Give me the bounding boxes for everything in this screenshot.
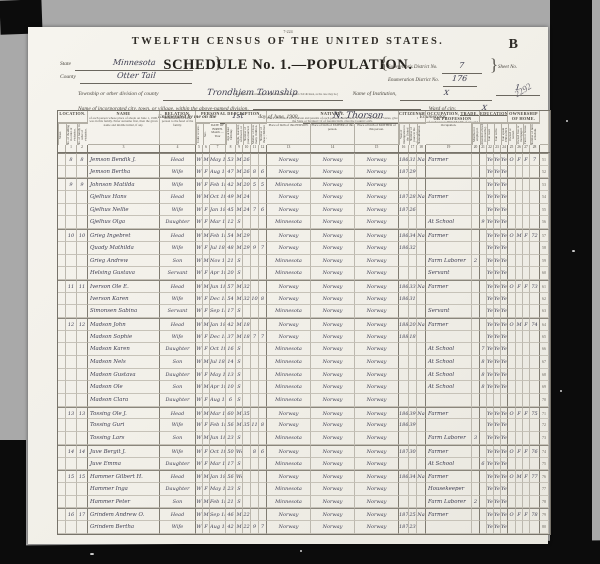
cell-dwelling-number	[66, 204, 77, 217]
cell-color: W	[196, 255, 203, 268]
cell-children-living	[259, 229, 267, 242]
cell-age: 23	[226, 432, 236, 445]
cell-sex: M	[203, 356, 210, 369]
cell-dwelling-number	[66, 496, 77, 509]
cell-home-owned-rented	[508, 381, 516, 394]
cell-free-mortgaged: F	[516, 407, 523, 420]
cell-naturalization	[417, 458, 426, 471]
cell-can-read: Yes	[487, 280, 494, 293]
cell-age: 21	[226, 255, 236, 268]
cell-months-not-employed	[472, 521, 480, 534]
cell-children-living	[259, 394, 267, 407]
cell-pob-person: Norway	[267, 445, 311, 458]
cell-children-living	[259, 356, 267, 369]
cell-sex: M	[203, 191, 210, 204]
cell-home-owned-rented	[508, 394, 516, 407]
cell-marital-status: M	[236, 166, 243, 179]
cell-dwelling-number	[66, 432, 77, 445]
cell-relation: Daughter	[160, 369, 196, 382]
cell-years-married: 32	[243, 293, 251, 306]
cell-pob-mother: Norway	[355, 381, 399, 394]
table-row: Iverson KarenWifeWFDec 184554M32108Norwa…	[58, 293, 550, 306]
cell-marital-status: S	[236, 483, 243, 496]
cell-can-write: Yes	[494, 458, 501, 471]
cell-street	[58, 191, 66, 204]
column-group-label: NAMEof each person whose place of abode …	[88, 111, 160, 145]
cell-attended-school: 8	[480, 381, 487, 394]
cell-mother-of-children: 10	[251, 293, 259, 306]
cell-occupation: Farmer	[426, 153, 472, 166]
cell-age: 47	[226, 166, 236, 179]
cell-pob-mother: Norway	[355, 293, 399, 306]
column-sub-label: Can read.	[487, 123, 494, 145]
table-row: Helsing GustavaServantWFApr 188020SMinne…	[58, 267, 550, 280]
cell-age: 56	[226, 419, 236, 432]
column-sub-label: Farm or house.	[523, 123, 530, 145]
cell-speaks-english: Yes	[501, 343, 508, 356]
cell-months-not-employed: 2	[472, 255, 480, 268]
cell-pob-person: Norway	[267, 521, 311, 534]
cell-mother-of-children	[251, 318, 259, 331]
column-number: 4	[160, 145, 196, 152]
cell-farm-schedule	[530, 419, 540, 432]
column-sub-label: Number of farm schedule.	[530, 123, 540, 145]
column-group-label	[540, 111, 549, 145]
cell-farm-or-house	[523, 166, 530, 179]
cell-years-in-us	[409, 356, 417, 369]
cell-relation: Head	[160, 318, 196, 331]
cell-speaks-english: Yes	[501, 267, 508, 280]
cell-children-living	[259, 318, 267, 331]
column-number: 17	[409, 145, 417, 152]
cell-age: 54	[226, 293, 236, 306]
cell-months-not-employed	[472, 216, 480, 229]
table-row: Madson SophieWifeWFDec 186237M1877Norway…	[58, 331, 550, 344]
cell-mother-of-children: 7	[251, 204, 259, 217]
cell-sex: M	[203, 508, 210, 521]
cell-date-of-birth: May 1887	[210, 369, 226, 382]
cell-pob-father: Norway	[311, 204, 355, 217]
cell-can-write: Yes	[494, 369, 501, 382]
cell-can-read: Yes	[487, 293, 494, 306]
cell-pob-mother: Norway	[355, 458, 399, 471]
cell-sex: F	[203, 267, 210, 280]
column-number: 18	[417, 145, 426, 152]
cell-name: Grieg Ingebret	[88, 229, 160, 242]
cell-home-owned-rented	[508, 419, 516, 432]
table-row: 1617Grindem Andrew O.HeadWMSep 185346M22…	[58, 508, 550, 521]
cell-name: Iverson Ole E.	[88, 280, 160, 293]
cell-years-married	[243, 267, 251, 280]
cell-date-of-birth: Jun 1876	[210, 432, 226, 445]
cell-family-number	[77, 255, 88, 268]
cell-occupation	[426, 178, 472, 191]
cell-street	[58, 178, 66, 191]
cell-speaks-english	[501, 394, 508, 407]
cell-pob-father: Norway	[311, 419, 355, 432]
cell-name: Tossing Guri	[88, 419, 160, 432]
cell-name: Tossing Lars	[88, 432, 160, 445]
cell-street	[58, 394, 66, 407]
cell-marital-status: S	[236, 255, 243, 268]
cell-free-mortgaged	[516, 293, 523, 306]
table-row: 99Johnson MatildaWifeWFFeb 185842M2055Mi…	[58, 178, 550, 191]
cell-dwelling-number: 8	[66, 153, 77, 166]
cell-children-living	[259, 381, 267, 394]
cell-sex: F	[203, 458, 210, 471]
column-sub-label: DATE OF BIRTH. Month — Year	[210, 123, 226, 145]
cell-relation: Wife	[160, 204, 196, 217]
cell-months-not-employed	[472, 153, 480, 166]
cell-family-number	[77, 204, 88, 217]
cell-home-owned-rented: O	[508, 229, 516, 242]
cell-age: 57	[226, 280, 236, 293]
cell-farm-schedule	[530, 343, 540, 356]
cell-attended-school: 8	[480, 369, 487, 382]
column-number: 8	[226, 145, 236, 152]
cell-color: W	[196, 216, 203, 229]
cell-naturalization	[417, 267, 426, 280]
column-number: 27	[523, 145, 530, 152]
cell-farm-or-house	[523, 191, 530, 204]
cell-farm-schedule: 72	[530, 229, 540, 242]
cell-farm-or-house	[523, 394, 530, 407]
cell-speaks-english: Yes	[501, 229, 508, 242]
cell-pob-person: Minnesota	[267, 343, 311, 356]
table-header: LOCATION.Street.No. of dwelling in order…	[58, 111, 550, 153]
cell-family-number	[77, 419, 88, 432]
cell-mother-of-children	[251, 267, 259, 280]
cell-date-of-birth: Jul 1885	[210, 356, 226, 369]
cell-street	[58, 229, 66, 242]
cell-home-owned-rented: O	[508, 318, 516, 331]
cell-relation: Daughter	[160, 394, 196, 407]
cell-pob-person: Norway	[267, 407, 311, 420]
cell-can-read: Yes	[487, 432, 494, 445]
column-number: 24	[501, 145, 508, 152]
table-row: Tossing GuriWifeWFFeb 184456M35118Norway…	[58, 419, 550, 432]
cell-children-living	[259, 216, 267, 229]
cell-free-mortgaged: F	[516, 508, 523, 521]
cell-home-owned-rented: O	[508, 153, 516, 166]
cell-color: W	[196, 521, 203, 534]
cell-name: Jemson Bendik J.	[88, 153, 160, 166]
cell-pob-father: Norway	[311, 483, 355, 496]
brace-left: {	[380, 53, 388, 73]
cell-line-number: 75	[540, 458, 549, 471]
scan-speck	[566, 120, 568, 122]
cell-dwelling-number	[66, 381, 77, 394]
cell-months-not-employed	[472, 369, 480, 382]
cell-speaks-english: Yes	[501, 178, 508, 191]
scan-speck	[572, 250, 575, 252]
cell-date-of-birth: Mar 1888	[210, 216, 226, 229]
column-sub-label: No. of family in order of visitation.	[77, 123, 88, 145]
cell-years-married	[243, 432, 251, 445]
cell-years-in-us: 30	[409, 445, 417, 458]
cell-pob-person: Norway	[267, 242, 311, 255]
cell-marital-status: M	[236, 178, 243, 191]
cell-children-living	[259, 255, 267, 268]
column-number: 3	[88, 145, 160, 152]
cell-months-not-employed	[472, 483, 480, 496]
cell-line-number: 70	[540, 394, 549, 407]
cell-farm-schedule	[530, 331, 540, 344]
cell-naturalization	[417, 255, 426, 268]
cell-date-of-birth: Dec 1845	[210, 293, 226, 306]
cell-naturalization	[417, 432, 426, 445]
cell-name: Madson John	[88, 318, 160, 331]
cell-line-number: 68	[540, 369, 549, 382]
column-number: 10	[243, 145, 251, 152]
table-row: Madson NelsSonWMJul 188514SMinnesotaNorw…	[58, 356, 550, 369]
cell-pob-mother: Norway	[355, 496, 399, 509]
cell-color: W	[196, 267, 203, 280]
column-sub-label: Number of years in the United States.	[409, 123, 417, 145]
cell-home-owned-rented	[508, 496, 516, 509]
cell-date-of-birth: Jun 1842	[210, 280, 226, 293]
cell-farm-schedule	[530, 458, 540, 471]
cell-years-married: 35	[243, 419, 251, 432]
cell-naturalization: Na	[417, 229, 426, 242]
cell-months-not-employed	[472, 178, 480, 191]
column-number: 25	[508, 145, 516, 152]
cell-can-write: Yes	[494, 153, 501, 166]
table-row: Grindem BerthaWifeWFAug 185742M2297Norwa…	[58, 521, 550, 534]
cell-family-number: 13	[77, 407, 88, 420]
cell-age: 60	[226, 407, 236, 420]
cell-attended-school	[480, 267, 487, 280]
column-number: 16	[399, 145, 409, 152]
cell-immigration-year: 1877	[399, 521, 409, 534]
sheet-field: Sheet No.	[498, 55, 517, 73]
cell-date-of-birth: May 1877	[210, 483, 226, 496]
cell-naturalization: Na	[417, 508, 426, 521]
cell-children-living	[259, 458, 267, 471]
cell-street	[58, 381, 66, 394]
cell-farm-or-house	[523, 255, 530, 268]
cell-date-of-birth: Jul 1851	[210, 242, 226, 255]
cell-farm-or-house	[523, 343, 530, 356]
cell-age: 16	[226, 343, 236, 356]
cell-attended-school	[480, 394, 487, 407]
cell-free-mortgaged	[516, 204, 523, 217]
cell-marital-status: M	[236, 191, 243, 204]
table-row: Gjelhus HansHeadWMOct 185049M24NorwayNor…	[58, 191, 550, 204]
cell-years-in-us	[409, 458, 417, 471]
cell-sex: M	[203, 280, 210, 293]
cell-children-living: 7	[259, 242, 267, 255]
cell-months-not-employed	[472, 407, 480, 420]
cell-can-read: Yes	[487, 521, 494, 534]
cell-pob-mother: Norway	[355, 242, 399, 255]
cell-marital-status: M	[236, 242, 243, 255]
cell-years-married: 22	[243, 521, 251, 534]
cell-age: 53	[226, 153, 236, 166]
cell-can-read: Yes	[487, 407, 494, 420]
column-sub-label: Sex.	[203, 123, 210, 145]
column-sub-label: Place of birth of this PERSON.	[267, 123, 311, 145]
cell-free-mortgaged	[516, 343, 523, 356]
cell-date-of-birth: May 1847	[210, 153, 226, 166]
cell-immigration-year: 1872	[399, 191, 409, 204]
cell-street	[58, 204, 66, 217]
cell-months-not-employed	[472, 293, 480, 306]
cell-farm-or-house	[523, 458, 530, 471]
cell-name: Juve Emma	[88, 458, 160, 471]
cell-pob-mother: Norway	[355, 191, 399, 204]
table-row: Tossing LarsSonWMJun 187623SMinnesotaNor…	[58, 432, 550, 445]
cell-family-number	[77, 458, 88, 471]
cell-line-number: 71	[540, 407, 549, 420]
cell-speaks-english: Yes	[501, 508, 508, 521]
cell-years-married	[243, 305, 251, 318]
cell-sex: M	[203, 496, 210, 509]
cell-can-write: Yes	[494, 216, 501, 229]
cell-speaks-english: Yes	[501, 166, 508, 179]
cell-speaks-english: Yes	[501, 242, 508, 255]
cell-pob-person: Minnesota	[267, 432, 311, 445]
census-page: 7-224 TWELFTH CENSUS OF THE UNITED STATE…	[28, 27, 548, 544]
column-group-label: RELATION.Relationship of each person to …	[160, 111, 196, 145]
cell-family-number	[77, 331, 88, 344]
cell-free-mortgaged	[516, 331, 523, 344]
cell-color: W	[196, 166, 203, 179]
cell-years-married: 29	[243, 229, 251, 242]
cell-marital-status: S	[236, 343, 243, 356]
table-row: Hammer IngaDaughterWFMay 187723SMinnesot…	[58, 483, 550, 496]
cell-pob-person: Norway	[267, 229, 311, 242]
cell-home-owned-rented	[508, 242, 516, 255]
cell-months-not-employed	[472, 204, 480, 217]
cell-marital-status: M	[236, 419, 243, 432]
cell-occupation: At School	[426, 458, 472, 471]
cell-months-not-employed	[472, 343, 480, 356]
cell-occupation: Farm Laborer	[426, 255, 472, 268]
cell-children-living: 7	[259, 521, 267, 534]
cell-can-write: Yes	[494, 280, 501, 293]
cell-date-of-birth: Feb 1858	[210, 178, 226, 191]
cell-street	[58, 470, 66, 483]
cell-line-number: 74	[540, 445, 549, 458]
cell-farm-schedule	[530, 191, 540, 204]
cell-years-in-us: 34	[409, 229, 417, 242]
cell-occupation	[426, 166, 472, 179]
cell-years-married	[243, 356, 251, 369]
cell-immigration-year: 1869	[399, 153, 409, 166]
column-number: 20	[472, 145, 480, 152]
cell-relation: Son	[160, 381, 196, 394]
column-number: 28	[530, 145, 540, 152]
cell-mother-of-children	[251, 496, 259, 509]
cell-pob-person: Minnesota	[267, 356, 311, 369]
cell-pob-mother: Norway	[355, 407, 399, 420]
cell-marital-status: Wd	[236, 445, 243, 458]
cell-date-of-birth: Oct 1849	[210, 445, 226, 458]
cell-naturalization	[417, 178, 426, 191]
cell-name: Johnson Matilda	[88, 178, 160, 191]
cell-date-of-birth: Jan 1858	[210, 318, 226, 331]
scan-border-left-lower	[0, 440, 26, 564]
cell-street	[58, 496, 66, 509]
cell-can-read: Yes	[487, 356, 494, 369]
cell-marital-status: Wd	[236, 470, 243, 483]
cell-free-mortgaged	[516, 458, 523, 471]
cell-years-married: 35	[243, 407, 251, 420]
cell-date-of-birth: Aug 1857	[210, 521, 226, 534]
cell-pob-person: Norway	[267, 318, 311, 331]
cell-color: W	[196, 381, 203, 394]
cell-farm-or-house: F	[523, 470, 530, 483]
cell-dwelling-number	[66, 242, 77, 255]
cell-age: 45	[226, 204, 236, 217]
column-number: 6	[203, 145, 210, 152]
cell-months-not-employed	[472, 318, 480, 331]
cell-occupation: Farm Laborer	[426, 432, 472, 445]
cell-pob-father: Norway	[311, 166, 355, 179]
cell-free-mortgaged	[516, 305, 523, 318]
cell-speaks-english: Yes	[501, 153, 508, 166]
cell-immigration-year	[399, 458, 409, 471]
cell-can-read: Yes	[487, 166, 494, 179]
cell-color: W	[196, 419, 203, 432]
cell-farm-schedule	[530, 267, 540, 280]
cell-relation: Head	[160, 229, 196, 242]
cell-immigration-year	[399, 496, 409, 509]
cell-years-in-us: 39	[409, 407, 417, 420]
cell-farm-schedule: 73	[530, 280, 540, 293]
cell-naturalization: Na	[417, 153, 426, 166]
cell-immigration-year: 1861	[399, 407, 409, 420]
cell-marital-status: M	[236, 508, 243, 521]
cell-pob-father: Norway	[311, 496, 355, 509]
cell-years-married	[243, 381, 251, 394]
cell-sex: M	[203, 432, 210, 445]
cell-street	[58, 216, 66, 229]
table-row: Gjelhus OlgaDaughterWFMar 188812SMinneso…	[58, 216, 550, 229]
cell-sex: F	[203, 369, 210, 382]
column-sub-label: Owned or rented.	[508, 123, 516, 145]
cell-relation: Head	[160, 508, 196, 521]
cell-months-not-employed: 3	[472, 432, 480, 445]
cell-free-mortgaged: M	[516, 318, 523, 331]
cell-sex: F	[203, 305, 210, 318]
cell-home-owned-rented	[508, 191, 516, 204]
cell-home-owned-rented: O	[508, 508, 516, 521]
cell-years-married	[243, 343, 251, 356]
cell-sex: F	[203, 178, 210, 191]
cell-home-owned-rented: O	[508, 280, 516, 293]
cell-street	[58, 331, 66, 344]
column-group-label: OCCUPATION, TRADE, OR PROFESSIONof each …	[426, 111, 480, 123]
cell-months-not-employed	[472, 242, 480, 255]
cell-pob-person: Norway	[267, 508, 311, 521]
cell-can-write: Yes	[494, 445, 501, 458]
cell-family-number	[77, 267, 88, 280]
cell-speaks-english: Yes	[501, 483, 508, 496]
cell-age: 56	[226, 470, 236, 483]
cell-years-in-us	[409, 216, 417, 229]
cell-years-in-us	[409, 496, 417, 509]
column-sub-label: Year of immigration to the United States…	[399, 123, 409, 145]
cell-age: 17	[226, 305, 236, 318]
cell-name: Madson Clara	[88, 394, 160, 407]
cell-can-write: Yes	[494, 229, 501, 242]
cell-can-write: Yes	[494, 496, 501, 509]
cell-free-mortgaged	[516, 496, 523, 509]
cell-years-married: 18	[243, 318, 251, 331]
cell-home-owned-rented	[508, 267, 516, 280]
